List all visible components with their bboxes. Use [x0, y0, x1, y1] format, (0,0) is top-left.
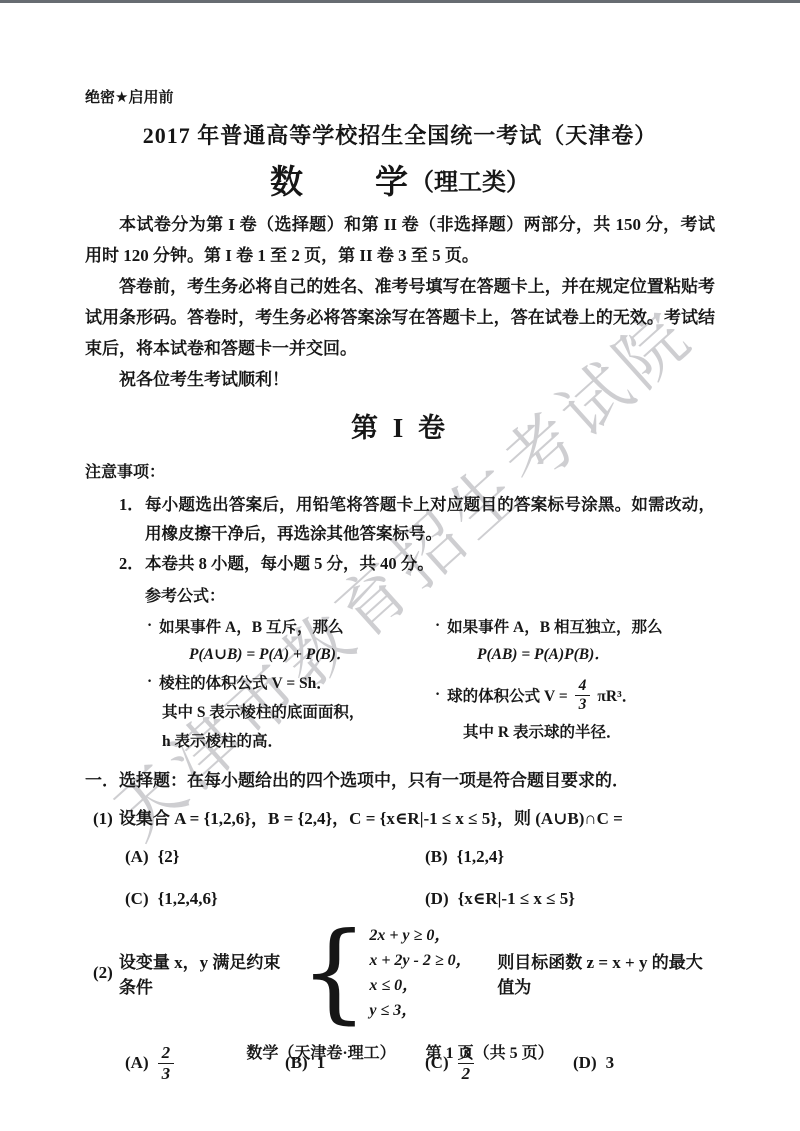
page-content: 绝密★启用前 2017 年普通高等学校招生全国统一考试（天津卷） 数 学（理工类…	[0, 0, 800, 1082]
option-value: {2}	[158, 847, 180, 867]
question-2-lead: 设变量 x，y 满足约束条件	[119, 948, 297, 998]
question-1-options: (A) {2} (B) {1,2,4} (C) {1,2,4,6} (D) {x…	[85, 847, 715, 909]
option-1a: (A) {2}	[125, 847, 425, 867]
option-label: (A)	[125, 847, 149, 867]
bullet-icon: ·	[435, 617, 440, 635]
prism-volume-formula: 棱柱的体积公式 V = Sh．	[159, 671, 332, 693]
option-1c: (C) {1,2,4,6}	[125, 889, 425, 909]
scan-edge-top	[0, 0, 800, 3]
subject-title: 数 学（理工类）	[85, 156, 715, 200]
intro-paragraph-2: 答卷前，考生务必将自己的姓名、准考号填写在答题卡上，并在规定位置粘贴考试用条形码…	[85, 272, 715, 365]
notice-item-1: 1． 每小题选出答案后，用铅笔将答题卡上对应题目的答案标号涂黑。如需改动，用橡皮…	[85, 490, 715, 549]
page-footer: 数学（天津卷·理工）第 1 页（共 5 页）	[0, 1040, 800, 1063]
independent-events-formula: P(AB) = P(A)P(B)．	[435, 642, 715, 664]
question-2: (2) 设变量 x，y 满足约束条件 { 2x + y ≥ 0， x + 2y …	[85, 923, 715, 1024]
fraction-denominator: 2	[462, 1064, 471, 1083]
fraction-denominator: 3	[162, 1064, 171, 1083]
bullet-icon: ·	[147, 673, 152, 691]
exam-page: 天津市教育招生考试院 绝密★启用前 2017 年普通高等学校招生全国统一考试（天…	[0, 0, 800, 1131]
option-1b: (B) {1,2,4}	[425, 847, 715, 867]
question-1-number: (1)	[93, 809, 113, 828]
constraint-line-3: x ≤ 0，	[369, 973, 489, 998]
question-1: (1)设集合 A = {1,2,6}，B = {2,4}，C = {x∈R|-1…	[85, 804, 715, 829]
constraint-line-1: 2x + y ≥ 0，	[369, 923, 489, 948]
secrecy-label: 绝密★启用前	[85, 86, 715, 107]
sphere-volume-prefix: 球的体积公式 V =	[447, 684, 568, 706]
choice-section-heading: 一．选择题：在每小题给出的四个选项中，只有一项是符合题目要求的．	[85, 766, 715, 791]
independent-events-item: · 如果事件 A，B 相互独立，那么	[435, 615, 715, 637]
option-label: (C)	[125, 889, 149, 909]
option-label: (D)	[425, 889, 449, 909]
sphere-fraction: 4 3	[575, 678, 591, 714]
option-value: {1,2,4}	[457, 847, 504, 867]
mutual-exclusive-formula: P(A∪B) = P(A) + P(B)．	[147, 642, 427, 664]
reference-formulas: · 如果事件 A，B 互斥，那么 P(A∪B) = P(A) + P(B)． ·…	[85, 608, 715, 751]
mutual-exclusive-title: 如果事件 A，B 互斥，那么	[159, 615, 343, 637]
fraction-numerator: 4	[575, 678, 591, 696]
subject-name: 数 学	[270, 163, 410, 200]
option-1d: (D) {x∈R|-1 ≤ x ≤ 5}	[425, 889, 715, 909]
sphere-volume-suffix: πR³．	[597, 684, 637, 706]
mutual-exclusive-item: · 如果事件 A，B 互斥，那么	[147, 615, 427, 637]
question-1-text: 设集合 A = {1,2,6}，B = {2,4}，C = {x∈R|-1 ≤ …	[119, 809, 623, 828]
notice-2-text: 本卷共 8 小题，每小题 5 分，共 40 分。	[145, 549, 715, 579]
footer-subject: 数学（天津卷·理工）	[246, 1045, 395, 1062]
option-value: {1,2,4,6}	[158, 889, 218, 909]
constraint-system: 2x + y ≥ 0， x + 2y - 2 ≥ 0， x ≤ 0， y ≤ 3…	[369, 923, 489, 1024]
intro-paragraph-1: 本试卷分为第 I 卷（选择题）和第 II 卷（非选择题）两部分，共 150 分，…	[85, 210, 715, 272]
question-2-tail: 则目标函数 z = x + y 的最大值为	[497, 948, 715, 998]
option-label: (B)	[425, 847, 448, 867]
footer-page-number: 第 1 页（共 5 页）	[426, 1045, 554, 1062]
notice-1-number: 1．	[119, 490, 145, 549]
wish-line: 祝各位考生考试顺利！	[85, 365, 715, 396]
notice-2-number: 2．	[119, 549, 145, 579]
notice-1-text: 每小题选出答案后，用铅笔将答题卡上对应题目的答案标号涂黑。如需改动，用橡皮擦干净…	[145, 490, 715, 549]
prism-note-2: h 表示棱柱的高．	[147, 729, 427, 751]
exam-title: 2017 年普通高等学校招生全国统一考试（天津卷）	[85, 119, 715, 150]
subject-category: （理工类）	[410, 169, 530, 196]
reference-left-column: · 如果事件 A，B 互斥，那么 P(A∪B) = P(A) + P(B)． ·…	[147, 608, 427, 751]
sphere-volume-item: · 球的体积公式 V = 4 3 πR³．	[435, 678, 715, 714]
notes-heading: 注意事项：	[85, 459, 715, 482]
bullet-icon: ·	[435, 686, 440, 704]
sphere-note: 其中 R 表示球的半径．	[435, 720, 715, 742]
fraction-denominator: 3	[579, 696, 587, 713]
part1-title: 第 I 卷	[85, 406, 715, 445]
question-2-number: (2)	[93, 963, 113, 983]
constraint-line-4: y ≤ 3，	[369, 998, 489, 1023]
reference-right-column: · 如果事件 A，B 相互独立，那么 P(AB) = P(A)P(B)． · 球…	[435, 608, 715, 751]
option-value: {x∈R|-1 ≤ x ≤ 5}	[458, 889, 575, 909]
reference-formulas-heading: 参考公式：	[145, 583, 715, 606]
bullet-icon: ·	[147, 617, 152, 635]
system-brace: {	[300, 929, 369, 1018]
constraint-line-2: x + 2y - 2 ≥ 0，	[369, 948, 489, 973]
notice-item-2: 2． 本卷共 8 小题，每小题 5 分，共 40 分。	[85, 549, 715, 579]
prism-volume-item: · 棱柱的体积公式 V = Sh．	[147, 671, 427, 693]
prism-note-1: 其中 S 表示棱柱的底面面积，	[147, 700, 427, 722]
independent-events-title: 如果事件 A，B 相互独立，那么	[447, 615, 662, 637]
